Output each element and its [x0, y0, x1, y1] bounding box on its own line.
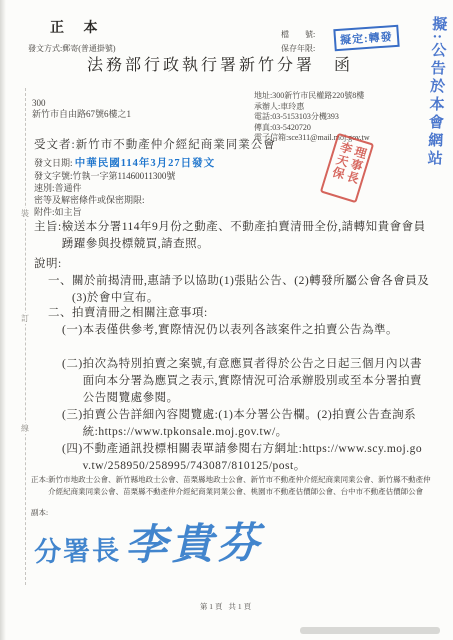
draft-approval-stamp: 擬定:轉發: [333, 25, 399, 51]
attachment-note: 附件:如主旨: [34, 205, 82, 218]
item-1-numeral: 一、: [48, 273, 72, 290]
sub-item-2-numeral: (二): [62, 356, 83, 373]
signer-title: 分署長: [34, 535, 122, 567]
case-officer: 承辦人:車玲惠: [254, 102, 370, 113]
issue-date-stamp: 中華民國114年3月27日發文: [75, 158, 215, 169]
sub-item-4-text: 不動產通訊投標相關表單請參閱右方網址:https://www.scy.moj.g…: [83, 441, 430, 475]
original-recipients-label: 正本:: [31, 474, 48, 486]
page-number-footer: 第1頁 共1頁: [0, 601, 453, 612]
binding-mark-xian: 線: [21, 423, 29, 434]
explanation-item-2: 二、 拍賣清冊之相關注意事項:: [48, 305, 430, 322]
file-number-label: 檔 號:: [281, 29, 315, 40]
scan-smudge-artifact: [300, 627, 440, 634]
sub-item-4-numeral: (四): [62, 441, 83, 458]
phone-number: 電話:03-5153103分機393: [254, 112, 370, 123]
item-1-text: 關於前揭清冊,惠請予以協助(1)張貼公告、(2)轉發所屬公會各會員及(3)於會中…: [72, 273, 430, 307]
sub-item-1: (一) 本表僅供參考,實際情況仍以表列各該案件之拍賣公告為準。: [62, 322, 430, 339]
sub-item-2: (二) 拍次為特別拍賣之案號,有意應買者得於公告之日起三個月內以書面向本分署為應…: [62, 356, 430, 407]
subject-section: 主旨: 檢送本分署114年9月份之動產、不動產拍賣清冊全份,請轉知貴會會員踴躍參…: [34, 219, 430, 253]
signer-name-calligraphy: 李貴芬: [125, 521, 264, 569]
sub-item-3-text: 拍賣公告詳細內容閱覽處:(1)本分署公告欄。(2)拍賣公告查詢系統:https:…: [83, 407, 430, 441]
sub-item-2-text: 拍次為特別拍賣之案號,有意應買者得於公告之日起三個月內以書面向本分署為應買之表示…: [83, 356, 430, 407]
sub-item-1-text: 本表僅供參考,實際情況仍以表列各該案件之拍賣公告為準。: [83, 322, 398, 339]
binding-mark-zhuang: 裝: [21, 208, 29, 219]
agency-address: 地址:300新竹市民權路220號8樓: [254, 91, 370, 102]
recipient-street-address: 新竹市自由路67號6樓之1: [32, 109, 131, 120]
sub-item-3: (三) 拍賣公告詳細內容閱覽處:(1)本分署公告欄。(2)拍賣公告查詢系統:ht…: [62, 407, 430, 441]
signature-block: 分署長 李貴芬: [33, 510, 263, 574]
copy-type-label: 正 本: [50, 17, 106, 37]
original-recipients-list: 新竹市地政士公會、新竹縣地政士公會、苗栗縣地政士公會、新竹市不動產仲介經紀商業同…: [48, 474, 431, 497]
issue-date-row: 發文日期: 中華民國114年3月27日發文: [34, 155, 215, 170]
document-title: 法務部行政執行署新竹分署 函: [0, 52, 440, 75]
sub-item-4: (四) 不動產通訊投標相關表單請參閱右方網址:https://www.scy.m…: [62, 441, 430, 475]
subject-text: 檢送本分署114年9月份之動產、不動產拍賣清冊全份,請轉知貴會會員踴躍參與投標競…: [62, 219, 430, 253]
scan-edge-artifact: [0, 0, 6, 640]
fax-number: 傳真:03-5420720: [254, 123, 370, 134]
recipient-mailing-block: 300 新竹市自由路67號6樓之1: [32, 98, 131, 120]
explanation-label: 說明:: [34, 256, 62, 273]
binding-mark-ding: 訂: [21, 313, 29, 324]
issue-date-label: 發文日期:: [34, 158, 73, 168]
original-recipients-section: 正本: 新竹市地政士公會、新竹縣地政士公會、苗栗縣地政士公會、新竹市不動產仲介經…: [31, 474, 431, 497]
item-2-text: 拍賣清冊之相關注意事項:: [72, 305, 208, 322]
addressee-line: 受文者:新竹市不動產仲介經紀商業同業公會: [34, 136, 276, 152]
binding-dashed-line: [25, 88, 26, 585]
scanned-letter-page: 裝 訂 線 正 本 發文方式:郵寄(普通掛號) 檔 號: 保存年限: 擬定:轉發…: [0, 0, 453, 640]
sub-item-1-numeral: (一): [62, 322, 83, 339]
item-2-numeral: 二、: [48, 305, 72, 322]
subject-label: 主旨:: [34, 219, 62, 236]
explanation-item-1: 一、 關於前揭清冊,惠請予以協助(1)張貼公告、(2)轉發所屬公會各會員及(3)…: [48, 273, 430, 307]
handwritten-margin-note: 擬:公告於本會網站: [421, 16, 449, 222]
recipient-zip: 300: [32, 98, 131, 109]
sub-item-3-numeral: (三): [62, 407, 83, 424]
